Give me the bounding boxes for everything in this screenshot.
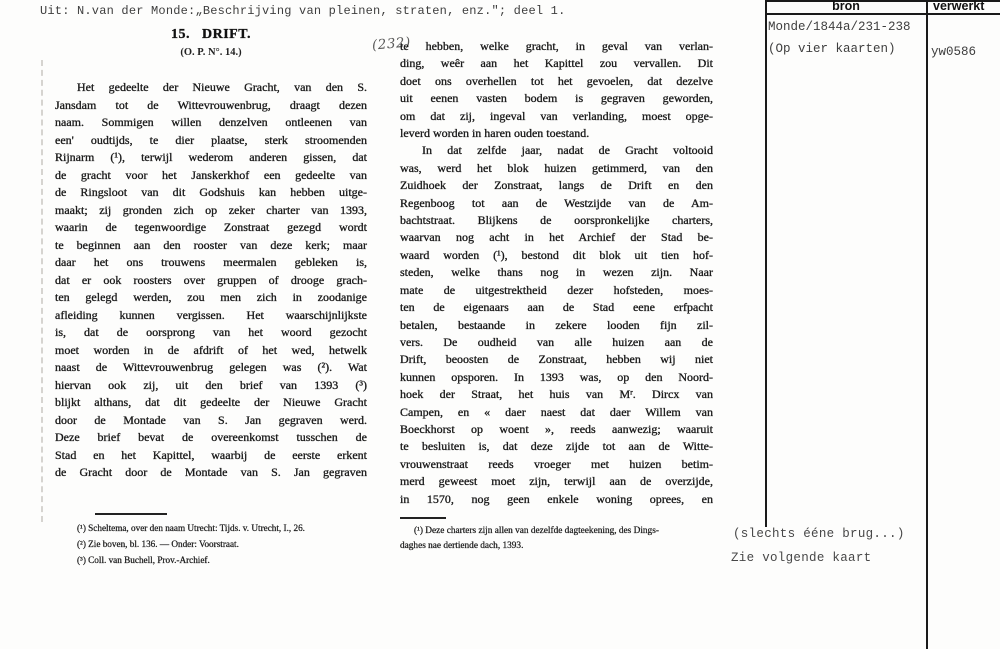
- text-line: Boeckhorst op woent », reeds aanwezig; w…: [400, 421, 713, 438]
- left-column-paragraph: Het gedeelte der Nieuwe Gracht, van den …: [55, 79, 367, 482]
- text-line: betalen, bestaande in zekere looden fijn…: [400, 317, 713, 334]
- text-line: Drift, beoosten de Zonstraat, hebben wij…: [400, 351, 713, 368]
- text-line: hoek der Straat, het huis van Mʳ. Dircx …: [400, 386, 713, 403]
- footnote-line: (¹) Deze charters zijn allen van dezelfd…: [400, 524, 713, 539]
- text-line: een' oudtijds, te dier plaatse, sterk st…: [55, 132, 367, 150]
- text-line: daar het ons trouwens meermalen gebleken…: [55, 254, 367, 272]
- text-line: kunnen opsporen. In 1393 was, op den Noo…: [400, 369, 713, 386]
- page-edge-artifact: [41, 60, 43, 522]
- text-line: Regenboog tot aan de Westzijde van de Am…: [400, 195, 713, 212]
- text-line: afleiding kunnen vergissen. Het waarschi…: [55, 307, 367, 325]
- text-line: moet worden in de afdrift of het wed, he…: [55, 342, 367, 360]
- text-line: hiervan ook zij, uit den brief van 1393 …: [55, 377, 367, 395]
- text-line: Zuidhoek der Zonstraat, langs de Drift e…: [400, 177, 713, 194]
- text-line: was, werd het blok huizen getimmerd, van…: [400, 160, 713, 177]
- text-line: ten gelegd werden, zou men zich in zooda…: [55, 289, 367, 307]
- document-canvas: Uit: N.van der Monde:„Beschrijving van p…: [0, 0, 1000, 649]
- text-line: Campen, en « daer naest dat daer Willem …: [400, 404, 713, 421]
- text-line: in 1570, nog geen enkele woning oprees, …: [400, 491, 713, 508]
- table-header-bron: bron: [766, 0, 926, 13]
- text-line: de Ringsloot van dit Godshuis kan hebben…: [55, 184, 367, 202]
- bron-cell-line-2: (Op vier kaarten): [768, 42, 896, 56]
- text-line: te hebben, welke gracht, in geval van ve…: [400, 38, 713, 55]
- section-title: 15. DRIFT.: [55, 28, 367, 42]
- footnote-line: (¹) Scheltema, over den naam Utrecht: Ti…: [77, 520, 367, 536]
- footnote-separator: [95, 513, 167, 515]
- text-line: om dat zij, ingeval van verlanding, moes…: [400, 108, 713, 125]
- note-slechts-eene-brug: (slechts ééne brug...): [733, 527, 905, 542]
- text-line: mate de uitgestrektheid dezer hofsteden,…: [400, 282, 713, 299]
- table-header-verwerkt: verwerkt: [933, 0, 984, 13]
- text-line: Deze brief bevat de overeenkomst tussche…: [55, 429, 367, 447]
- text-line: merd geweest moet zijn, terwijl aan de o…: [400, 473, 713, 490]
- right-column-paragraph-2: In dat zelfde jaar, nadat de Gracht volt…: [400, 142, 713, 508]
- text-line: vers. De oudheid van alle huizen aan de: [400, 334, 713, 351]
- text-line: te beginnen aan den rooster van deze ker…: [55, 237, 367, 255]
- text-line: bachtstraat. Blijkens de oorspronkelijke…: [400, 212, 713, 229]
- table-header-underline: [765, 13, 1000, 15]
- section-subtitle: (O. P. N°. 14.): [55, 46, 367, 59]
- book-right-column: te hebben, welke gracht, in geval van ve…: [400, 38, 713, 554]
- text-line: ding, weêr aan het Kapittel zou vervalle…: [400, 55, 713, 72]
- text-line: Stad en het Kapittel, waarbij de eerste …: [55, 447, 367, 465]
- table-left-border: [765, 0, 767, 527]
- text-line: Jansdam tot de Wittevrouwenbrug, draagt …: [55, 97, 367, 115]
- verwerkt-cell-value: yw0586: [931, 45, 976, 59]
- text-line: door de Montade van S. Jan gegraven werd…: [55, 412, 367, 430]
- text-line: waarvan nog acht in het Archief der Stad…: [400, 229, 713, 246]
- source-annotation: Uit: N.van der Monde:„Beschrijving van p…: [40, 4, 565, 18]
- footnote-line: (²) Zie boven, bl. 136. — Onder: Voorstr…: [77, 536, 367, 552]
- text-line: maakt; zij gronden zich op zeker charter…: [55, 202, 367, 220]
- text-line: In dat zelfde jaar, nadat de Gracht volt…: [400, 142, 713, 159]
- text-line: blijkt althans, dat dit gedeelte der Nie…: [55, 394, 367, 412]
- right-footnotes: (¹) Deze charters zijn allen van dezelfd…: [400, 524, 713, 554]
- text-line: waarin de tegenwoordige Zonstraat gezegd…: [55, 219, 367, 237]
- text-line: steden, welke thans nog in wezen zijn. N…: [400, 264, 713, 281]
- text-line: de Gracht door de Montade van S. Jan geg…: [55, 464, 367, 482]
- table-column-divider: [926, 0, 928, 649]
- text-line: de gracht voor het Janskerkhof een gedee…: [55, 167, 367, 185]
- bron-cell-line-1: Monde/1844a/231-238: [768, 20, 911, 34]
- book-left-column: 15. DRIFT. (O. P. N°. 14.) Het gedeelte …: [55, 28, 367, 568]
- text-line: uit eenen vasten bodem is gegraven gewor…: [400, 90, 713, 107]
- text-line: is, dat de oorsprong van het woord gezoc…: [55, 324, 367, 342]
- footnote-line: (³) Coll. van Buchell, Prov.-Archief.: [77, 552, 367, 568]
- text-line: waard worden (¹), bestond dit blok uit t…: [400, 247, 713, 264]
- text-line: naam. Sommigen willen denzelven ontleene…: [55, 114, 367, 132]
- text-line: vrouwenstraat reeds vroeger met huizen b…: [400, 456, 713, 473]
- text-line: doet ons overhellen tot het gevoelen, da…: [400, 73, 713, 90]
- text-line: ten de eigenaars aan de Stad eene erfpac…: [400, 299, 713, 316]
- left-footnotes: (¹) Scheltema, over den naam Utrecht: Ti…: [77, 520, 367, 568]
- text-line: naast de Wittevrouwenbrug gelegen was (²…: [55, 359, 367, 377]
- right-column-paragraph-1: te hebben, welke gracht, in geval van ve…: [400, 38, 713, 142]
- text-line: Rijnarm (¹), terwijl wederom anderen gis…: [55, 149, 367, 167]
- text-line: dat er ook roosters over gruppen of droo…: [55, 272, 367, 290]
- note-zie-volgende-kaart: Zie volgende kaart: [731, 551, 871, 566]
- footnote-separator: [400, 517, 446, 519]
- footnote-line: daghes nae dertiende dach, 1393.: [400, 539, 713, 554]
- text-line: Het gedeelte der Nieuwe Gracht, van den …: [55, 79, 367, 97]
- text-line: leverd worden in haren ouden toestand.: [400, 125, 713, 142]
- text-line: te besluiten is, dat deze zijde tot aan …: [400, 438, 713, 455]
